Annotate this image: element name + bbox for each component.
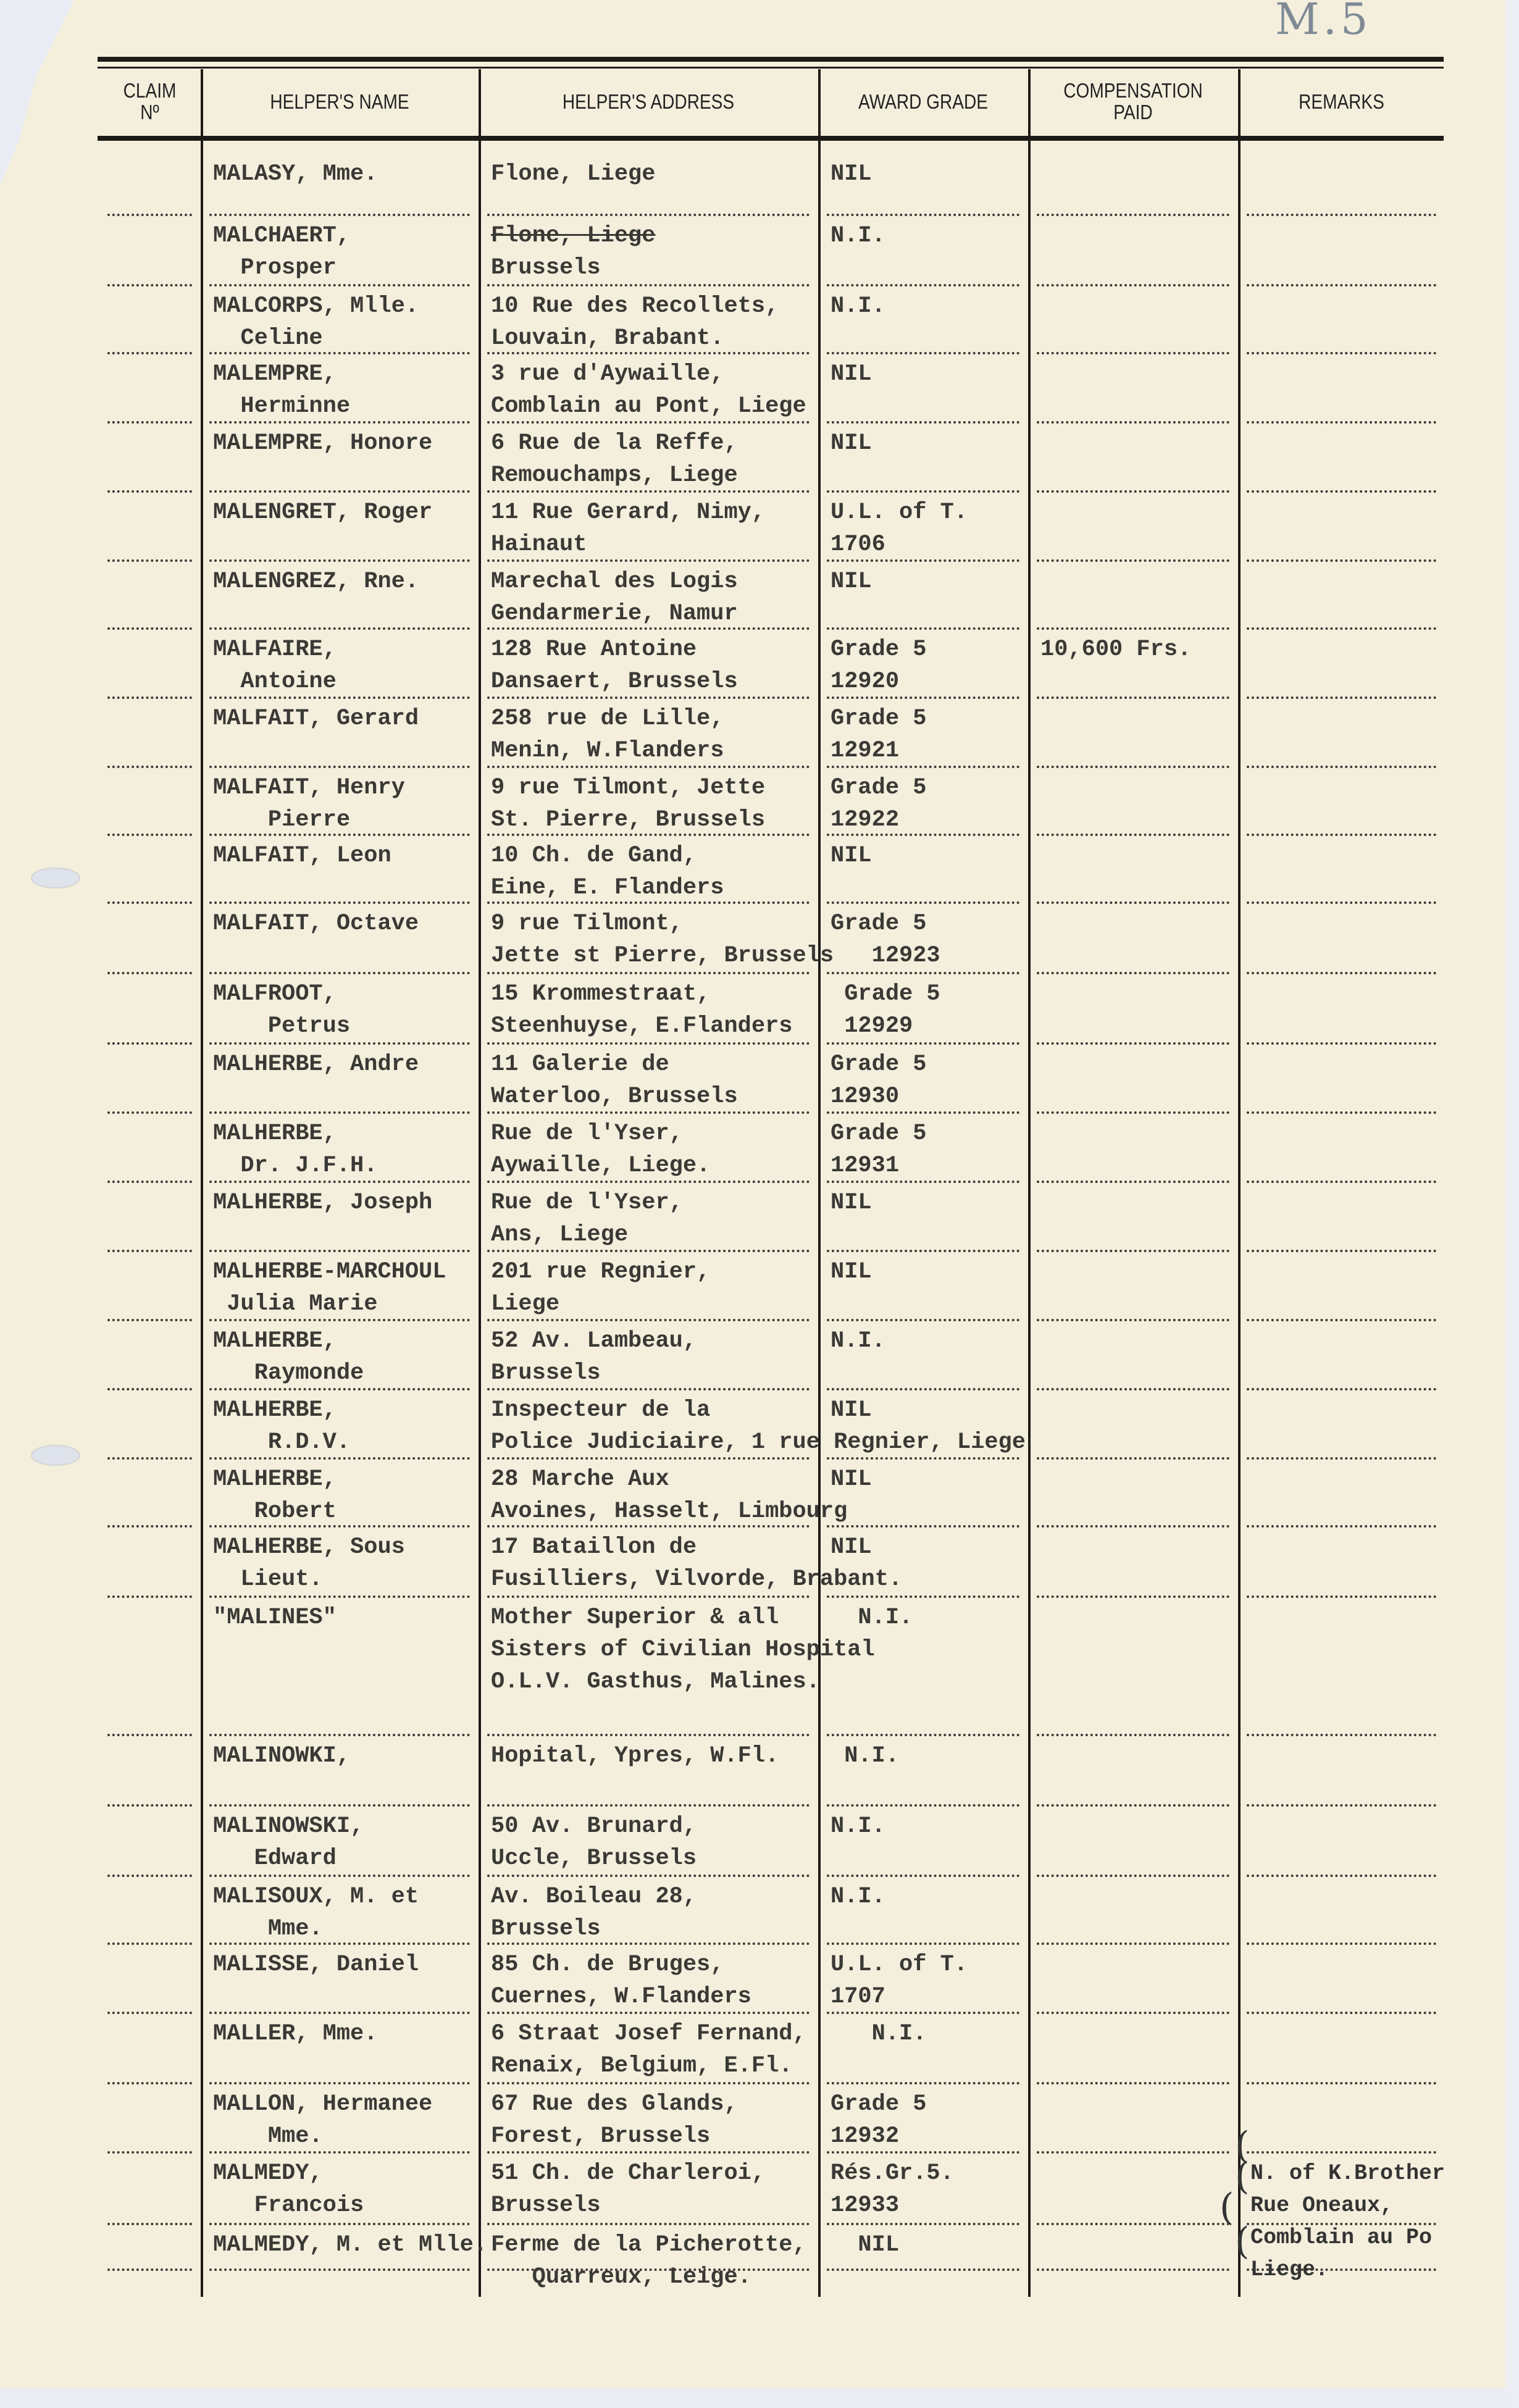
- row-separator: [1037, 214, 1229, 216]
- row-separator: [1247, 352, 1436, 354]
- cell-address: Av. Boileau 28, Brussels: [491, 1881, 697, 1945]
- row-separator: [107, 766, 192, 768]
- row-separator: [827, 1942, 1019, 1945]
- row-separator: [487, 1734, 810, 1736]
- row-separator: [107, 1804, 192, 1807]
- cell-award: Grade 5 12931: [831, 1118, 926, 1182]
- row-separator: [1037, 1250, 1229, 1252]
- row-separator: [1037, 1595, 1229, 1598]
- cell-name: MALHERBE, Sous Lieut.: [213, 1531, 405, 1595]
- remarks-bracket-4: (: [1235, 2220, 1249, 2263]
- cell-address: 128 Rue Antoine Dansaert, Brussels: [491, 633, 738, 698]
- row-separator: [1037, 1181, 1229, 1183]
- row-separator: [107, 1734, 192, 1736]
- row-separator: [107, 284, 192, 286]
- row-separator: [1037, 766, 1229, 768]
- row-separator: [1037, 559, 1229, 562]
- row-separator: [107, 2268, 192, 2271]
- row-separator: [107, 2082, 192, 2084]
- row-separator: [487, 1042, 810, 1045]
- row-separator: [209, 2223, 470, 2225]
- cell-name: MALMEDY, M. et Mlle.: [213, 2229, 487, 2261]
- header-bottom-rule: [98, 136, 1444, 141]
- row-separator: [107, 972, 192, 974]
- cell-address: 50 Av. Brunard, Uccle, Brussels: [491, 1810, 697, 1875]
- cell-name: MALINOWSKI, Edward: [213, 1810, 364, 1875]
- row-separator: [1037, 834, 1229, 836]
- row-separator: [1247, 972, 1436, 974]
- row-separator: [209, 559, 470, 562]
- row-separator: [1037, 972, 1229, 974]
- cell-award: N.I.: [831, 1602, 913, 1634]
- cell-award: NIL: [831, 1187, 872, 1219]
- column-header-award: AWARD GRADE: [834, 69, 1013, 135]
- cell-award: Rés.Gr.5. 12933: [831, 2157, 954, 2222]
- cell-address: Rue de l'Yser, Aywaille, Liege.: [491, 1118, 710, 1182]
- column-header-compensation: COMPENSATION PAID: [1044, 69, 1223, 135]
- cell-award: NIL: [831, 1463, 872, 1495]
- row-separator: [209, 1595, 470, 1598]
- cell-award: Grade 5 12922: [831, 772, 926, 836]
- cell-award: NIL: [831, 427, 872, 459]
- cell-award: N.I.: [831, 1325, 885, 1357]
- row-separator: [1247, 1111, 1436, 1114]
- row-separator: [107, 696, 192, 699]
- cell-name: MALINOWKI,: [213, 1740, 350, 1772]
- row-separator: [107, 352, 192, 354]
- row-separator: [1247, 1875, 1436, 1877]
- row-separator: [827, 972, 1019, 974]
- row-separator: [827, 421, 1019, 424]
- cell-name: MALHERBE, Raymonde: [213, 1325, 364, 1389]
- row-separator: [1247, 901, 1436, 904]
- row-separator: [1247, 1250, 1436, 1252]
- cell-name: MALFAIT, Leon: [213, 840, 391, 872]
- cell-award: N.I.: [831, 1881, 885, 1913]
- row-separator: [1037, 1319, 1229, 1321]
- cell-name: MALLER, Mme.: [213, 2018, 377, 2050]
- cell-name: MALISSE, Daniel: [213, 1949, 419, 1981]
- cell-address: 11 Rue Gerard, Nimy, Hainaut: [491, 496, 765, 561]
- row-separator: [209, 284, 470, 286]
- punch-hole-top: [31, 867, 80, 888]
- row-separator: [1247, 2151, 1436, 2154]
- cell-award: NIL: [831, 1531, 872, 1563]
- row-separator: [1247, 1525, 1436, 1528]
- row-separator: [209, 2268, 470, 2271]
- row-separator: [827, 284, 1019, 286]
- row-separator: [487, 1875, 810, 1877]
- row-separator: [107, 1181, 192, 1183]
- column-divider: [479, 69, 481, 2297]
- row-separator: [107, 2223, 192, 2225]
- row-separator: [1037, 1734, 1229, 1736]
- row-separator: [1247, 2082, 1436, 2084]
- row-separator: [1037, 1804, 1229, 1807]
- cell-address: Flone, Liege: [491, 158, 655, 190]
- row-separator: [827, 1250, 1019, 1252]
- top-rule: [98, 57, 1444, 62]
- cell-award: U.L. of T. 1707: [831, 1949, 968, 2013]
- cell-award: N.I.: [831, 220, 885, 252]
- cell-award: NIL: [831, 358, 872, 390]
- row-separator: [107, 901, 192, 904]
- row-separator: [1037, 1875, 1229, 1877]
- row-separator: [487, 1804, 810, 1807]
- cell-address: 10 Rue des Recollets, Louvain, Brabant.: [491, 290, 779, 354]
- cell-name: MALISOUX, M. et Mme.: [213, 1881, 419, 1945]
- row-separator: [1247, 284, 1436, 286]
- cell-name: MALHERBE, Robert: [213, 1463, 337, 1528]
- row-separator: [1247, 834, 1436, 836]
- cell-award: NIL: [831, 2229, 899, 2261]
- cell-name: MALHERBE, Dr. J.F.H.: [213, 1118, 377, 1182]
- cell-address: Marechal des Logis Gendarmerie, Namur: [491, 566, 738, 630]
- cell-name: MALASY, Mme.: [213, 158, 377, 190]
- row-separator: [1247, 1595, 1436, 1598]
- row-separator: [1037, 490, 1229, 493]
- row-separator: [107, 490, 192, 493]
- row-separator: [487, 1595, 810, 1598]
- row-separator: [827, 901, 1019, 904]
- remarks-bracket-3: (: [1220, 2186, 1234, 2229]
- cell-address: Inspecteur de la Police Judiciaire, 1 ru…: [491, 1394, 1026, 1458]
- row-separator: [827, 2082, 1019, 2084]
- row-separator: [209, 972, 470, 974]
- cell-address: 15 Krommestraat, Steenhuyse, E.Flanders: [491, 978, 792, 1042]
- row-separator: [1247, 490, 1436, 493]
- row-separator: [827, 1042, 1019, 1045]
- row-separator: [209, 2012, 470, 2014]
- row-separator: [209, 1734, 470, 1736]
- row-separator: [209, 490, 470, 493]
- row-separator: [1247, 1804, 1436, 1807]
- cell-address: 6 Straat Josef Fernand, Renaix, Belgium,…: [491, 2018, 806, 2082]
- row-separator: [107, 1319, 192, 1321]
- cell-address: 6 Rue de la Reffe, Remouchamps, Liege: [491, 427, 738, 491]
- row-separator: [487, 972, 810, 974]
- cell-address: Ferme de la Picherotte, Quarreux, Leige.: [491, 2229, 806, 2293]
- cell-award: NIL: [831, 566, 872, 598]
- row-separator: [107, 627, 192, 630]
- cell-address: 9 rue Tilmont, Jette St. Pierre, Brussel…: [491, 772, 765, 836]
- cell-name: MALMEDY, Francois: [213, 2157, 364, 2222]
- cell-name: MALHERBE, R.D.V.: [213, 1394, 350, 1458]
- row-separator: [487, 214, 810, 216]
- row-separator: [1247, 627, 1436, 630]
- row-separator: [1037, 1525, 1229, 1528]
- cell-address: 28 Marche Aux Avoines, Hasselt, Limbourg: [491, 1463, 847, 1528]
- row-separator: [107, 1250, 192, 1252]
- row-separator: [107, 1595, 192, 1598]
- cell-address: 51 Ch. de Charleroi, Brussels: [491, 2157, 765, 2222]
- column-header-remarks: REMARKS: [1253, 69, 1429, 135]
- handwritten-page-mark: M.5: [1275, 0, 1371, 44]
- cell-address: 258 rue de Lille, Menin, W.Flanders: [491, 703, 724, 767]
- cell-award: N.I.: [831, 1740, 899, 1772]
- cell-award: N.I.: [831, 1810, 885, 1842]
- column-divider: [1028, 69, 1031, 2297]
- row-separator: [1247, 214, 1436, 216]
- cell-award: Grade 5 12923: [831, 908, 940, 972]
- cell-remarks: N. of K.Brother Rue Oneaux, Comblain au …: [1250, 2157, 1445, 2286]
- row-separator: [1037, 421, 1229, 424]
- cell-address: 11 Galerie de Waterloo, Brussels: [491, 1048, 738, 1113]
- cell-name: MALCHAERT, Prosper: [213, 220, 350, 284]
- row-separator: [107, 1111, 192, 1114]
- row-separator: [107, 214, 192, 216]
- row-separator: [1247, 559, 1436, 562]
- cell-name: MALHERBE, Andre: [213, 1048, 419, 1081]
- row-separator: [1247, 1319, 1436, 1321]
- cell-award: Grade 5 12929: [831, 978, 940, 1042]
- row-separator: [827, 1388, 1019, 1390]
- cell-address: Flone, Liege Brussels: [491, 220, 655, 284]
- row-separator: [107, 421, 192, 424]
- cell-address: 3 rue d'Aywaille, Comblain au Pont, Lieg…: [491, 358, 806, 422]
- row-separator: [827, 1875, 1019, 1877]
- cell-name: MALHERBE-MARCHOUL Julia Marie: [213, 1256, 446, 1320]
- row-separator: [827, 1595, 1019, 1598]
- row-separator: [1037, 2223, 1229, 2225]
- row-separator: [487, 284, 810, 286]
- column-divider: [201, 69, 203, 2297]
- row-separator: [1037, 1942, 1229, 1945]
- row-separator: [827, 2268, 1019, 2271]
- cell-award: NIL: [831, 840, 872, 872]
- row-separator: [1037, 1457, 1229, 1460]
- row-separator: [107, 2151, 192, 2154]
- cell-award: U.L. of T. 1706: [831, 496, 968, 561]
- row-separator: [487, 2082, 810, 2084]
- cell-name: MALFROOT, Petrus: [213, 978, 350, 1042]
- row-separator: [1037, 2268, 1229, 2271]
- row-separator: [827, 214, 1019, 216]
- cell-name: MALENGRET, Roger: [213, 496, 432, 529]
- row-separator: [209, 1875, 470, 1877]
- cell-address: Hopital, Ypres, W.Fl.: [491, 1740, 779, 1772]
- cell-award: NIL: [831, 1394, 872, 1426]
- row-separator: [1037, 2082, 1229, 2084]
- cell-name: MALFAIT, Gerard: [213, 703, 419, 735]
- row-separator: [209, 627, 470, 630]
- row-separator: [1037, 627, 1229, 630]
- row-separator: [827, 2223, 1019, 2225]
- cell-award: Grade 5 12920: [831, 633, 926, 698]
- row-separator: [1247, 766, 1436, 768]
- cell-address: 201 rue Regnier, Liege: [491, 1256, 710, 1320]
- cell-award: Grade 5 12921: [831, 703, 926, 767]
- row-separator: [827, 352, 1019, 354]
- cell-address: Mother Superior & all Sisters of Civilia…: [491, 1602, 875, 1698]
- row-separator: [209, 1804, 470, 1807]
- row-separator: [1247, 696, 1436, 699]
- row-separator: [1247, 1181, 1436, 1183]
- row-separator: [107, 2012, 192, 2014]
- cell-compensation: 10,600 Frs.: [1040, 633, 1191, 666]
- row-separator: [209, 1111, 470, 1114]
- cell-award: Grade 5 12930: [831, 1048, 926, 1113]
- row-separator: [1037, 1042, 1229, 1045]
- row-separator: [1037, 696, 1229, 699]
- cell-award: NIL: [831, 1256, 872, 1288]
- row-separator: [107, 1388, 192, 1390]
- row-separator: [827, 1804, 1019, 1807]
- cell-address: 10 Ch. de Gand, Eine, E. Flanders: [491, 840, 724, 904]
- row-separator: [1037, 1111, 1229, 1114]
- cell-award: NIL: [831, 158, 872, 190]
- column-header-claim-no: CLAIM Nº: [106, 69, 193, 135]
- cell-award: Grade 5 12932: [831, 2088, 926, 2152]
- cell-award: N.I.: [831, 290, 885, 322]
- column-header-name: HELPER'S NAME: [222, 69, 458, 135]
- row-separator: [107, 1457, 192, 1460]
- row-separator: [107, 834, 192, 836]
- row-separator: [209, 901, 470, 904]
- row-separator: [107, 1942, 192, 1945]
- row-separator: [827, 627, 1019, 630]
- row-separator: [1247, 1388, 1436, 1390]
- row-separator: [1247, 421, 1436, 424]
- row-separator: [209, 766, 470, 768]
- row-separator: [487, 2223, 810, 2225]
- row-separator: [107, 559, 192, 562]
- column-divider: [1238, 69, 1241, 2297]
- cell-name: MALFAIT, Henry Pierre: [213, 772, 405, 836]
- cell-name: "MALINES": [213, 1602, 337, 1634]
- row-separator: [209, 1042, 470, 1045]
- cell-name: MALHERBE, Joseph: [213, 1187, 432, 1219]
- row-separator: [1037, 284, 1229, 286]
- row-separator: [209, 2082, 470, 2084]
- row-separator: [827, 1525, 1019, 1528]
- cell-name: MALEMPRE, Herminne: [213, 358, 350, 422]
- row-separator: [107, 1875, 192, 1877]
- cell-address: 52 Av. Lambeau, Brussels: [491, 1325, 697, 1389]
- cell-name: MALEMPRE, Honore: [213, 427, 432, 459]
- row-separator: [107, 1525, 192, 1528]
- row-separator: [1247, 1734, 1436, 1736]
- cell-name: MALFAIT, Octave: [213, 908, 419, 940]
- cell-address: 85 Ch. de Bruges, Cuernes, W.Flanders: [491, 1949, 751, 2013]
- row-separator: [1247, 2012, 1436, 2014]
- row-separator: [1247, 1457, 1436, 1460]
- column-divider: [818, 69, 821, 2297]
- row-separator: [1037, 901, 1229, 904]
- cell-address: 67 Rue des Glands, Forest, Brussels: [491, 2088, 738, 2152]
- row-separator: [209, 214, 470, 216]
- top-rule-thin: [98, 67, 1444, 69]
- row-separator: [827, 1319, 1019, 1321]
- row-separator: [1037, 352, 1229, 354]
- row-separator: [1037, 2012, 1229, 2014]
- remarks-bracket-2: (: [1235, 2155, 1249, 2198]
- row-separator: [1247, 1042, 1436, 1045]
- row-separator: [1247, 1942, 1436, 1945]
- cell-award: N.I.: [831, 2018, 926, 2050]
- punch-hole-bottom: [31, 1445, 80, 1466]
- cell-address: Rue de l'Yser, Ans, Liege: [491, 1187, 683, 1251]
- cell-name: MALFAIRE, Antoine: [213, 633, 337, 698]
- column-header-address: HELPER'S ADDRESS: [504, 69, 793, 135]
- row-separator: [1037, 1388, 1229, 1390]
- page-edge: [1505, 0, 1519, 2408]
- cell-name: MALENGREZ, Rne.: [213, 566, 419, 598]
- cell-address: 9 rue Tilmont, Jette st Pierre, Brussels: [491, 908, 834, 972]
- row-separator: [827, 490, 1019, 493]
- row-separator: [827, 1734, 1019, 1736]
- cell-name: MALLON, Hermanee Mme.: [213, 2088, 432, 2152]
- row-separator: [209, 1250, 470, 1252]
- cell-name: MALCORPS, Mlle. Celine: [213, 290, 419, 354]
- row-separator: [1037, 2151, 1229, 2154]
- row-separator: [107, 1042, 192, 1045]
